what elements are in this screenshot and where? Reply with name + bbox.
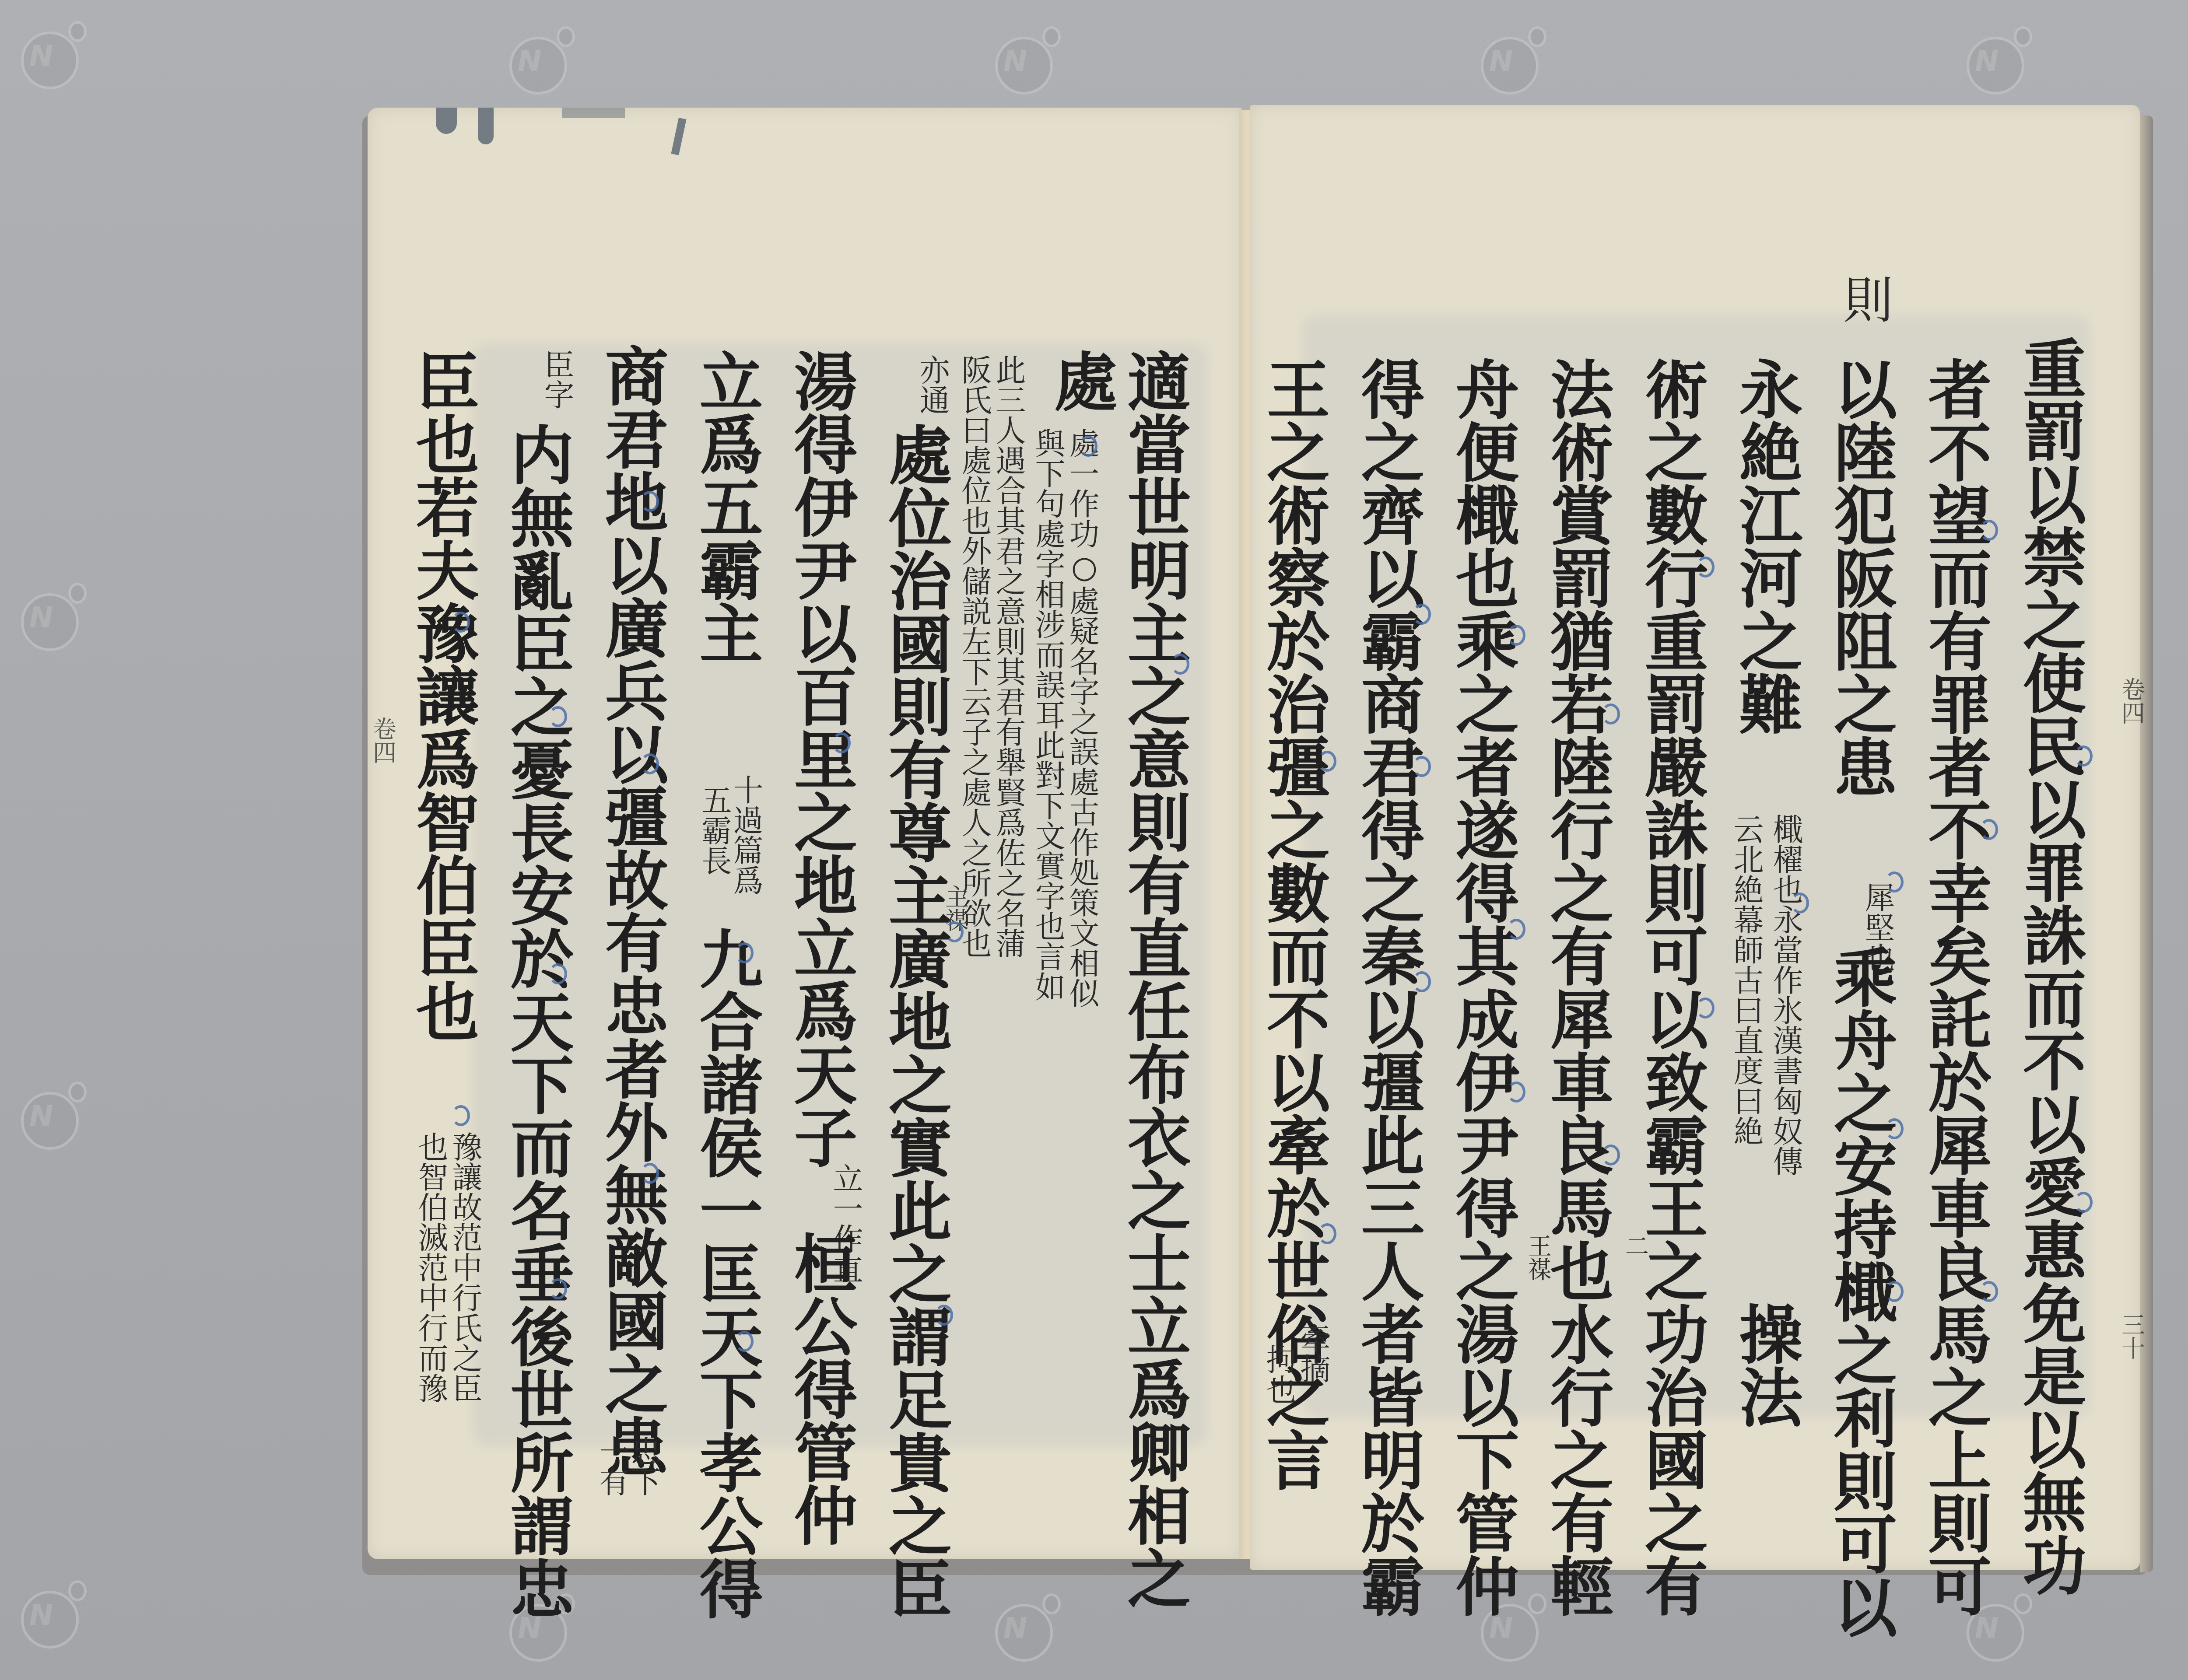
punctuation-mark — [1980, 1281, 1998, 1302]
text-column: 者不望而有罪者不幸矣託於犀車良馬之上則可 — [1917, 357, 1990, 1617]
watermark-logo: N — [11, 577, 89, 656]
annotation-column: 處一作功○處疑名字之誤處古作処策文相似 — [1066, 428, 1100, 1008]
annotation-column: 也智伯滅范中行而豫 — [415, 1131, 449, 1403]
punctuation-mark — [1602, 703, 1620, 724]
text-column: 得之齊以霸商君得之秦以彊此三人者皆明於霸 — [1350, 357, 1423, 1617]
watermark-logo: N — [985, 1588, 1063, 1667]
punctuation-mark — [935, 1305, 953, 1326]
punctuation-mark — [1413, 756, 1431, 777]
punctuation-mark — [1413, 971, 1431, 992]
punctuation-mark — [1507, 625, 1525, 646]
punctuation-mark — [1602, 1144, 1620, 1165]
punctuation-mark — [1079, 436, 1098, 457]
annotation-column: 豫讓故范中行氏之臣 — [449, 1131, 483, 1403]
text-column: 湯得伊尹以百里之地立爲天子 — [782, 349, 856, 1168]
punctuation-mark — [1413, 604, 1431, 625]
watermark-logo: N — [499, 21, 578, 100]
punctuation-mark — [735, 942, 754, 963]
watermark-logo: N — [1470, 21, 1549, 100]
annotation-column: 牽摘 — [1297, 1323, 1331, 1383]
text-column: 法術賞罰猶若陸行之有犀車良馬也水行之有輕 — [1539, 357, 1612, 1617]
punctuation-mark — [1318, 751, 1336, 772]
photo-stage: N N N N N N N N N N N N N N N N 適當世明主之意則… — [0, 0, 2188, 1680]
annotation-column: 臣字 — [541, 349, 575, 409]
punctuation-mark — [1791, 892, 1809, 913]
text-column: 重罰以禁之使民以罪誅而不以愛惠免是以無功 — [2011, 336, 2085, 1596]
left-page: 適當世明主之意則有直任布衣之士立爲卿相之 處 處一作功○處疑名字之誤處古作処策文… — [368, 108, 1242, 1559]
punctuation-mark — [1885, 1281, 1904, 1302]
interlinear-note: 王禖 — [1518, 1234, 1552, 1281]
punctuation-mark — [1885, 871, 1904, 892]
text-column: 内無亂臣之憂長安於天下而名垂後世所謂忠 — [499, 423, 572, 1620]
text-column: 立爲五霸主 — [688, 349, 761, 664]
text-column: 乘舟之安持檝之利則可以 — [1822, 945, 1896, 1638]
annotation-column: 此三人遇合其君之意則其君有舉賢爲佐之名蒲 — [992, 354, 1027, 958]
punctuation-mark — [1980, 819, 1998, 840]
margin-label: 三十 — [2114, 1312, 2148, 1360]
paper-tear — [562, 108, 625, 118]
punctuation-mark — [1885, 1118, 1904, 1139]
punctuation-mark — [1696, 997, 1715, 1018]
punctuation-mark — [641, 753, 659, 774]
annotation-column: 亦通 — [916, 354, 950, 415]
margin-label: 卷四 — [365, 717, 399, 764]
column-header-char: 則 — [1843, 262, 1893, 333]
punctuation-mark — [452, 1105, 470, 1126]
text-column: 以陸犯阪阻之患 — [1822, 357, 1896, 798]
text-column: 適當世明主之意則有直任布衣之士立爲卿相之 — [1116, 349, 1189, 1609]
annotation-column: 拘也 — [1263, 1344, 1297, 1404]
punctuation-mark — [2074, 1192, 2093, 1213]
punctuation-mark — [1171, 654, 1189, 675]
annotation-column: 五霸長 — [698, 785, 733, 875]
punctuation-mark — [549, 1278, 567, 1299]
punctuation-mark — [735, 1331, 754, 1352]
annotation-column: 檝櫂也永當作氷漢書匈奴傳 — [1770, 814, 1804, 1176]
text-column: 處位治國則有尊主廣地之實此之謂足貴之臣 — [877, 423, 950, 1620]
text-column: 術之數行重罰嚴誅則可以致霸王之功治國之有 — [1633, 357, 1707, 1617]
text-column: 臣也若夫豫讓爲智伯臣也 — [404, 349, 478, 1042]
text-column: 商君地以廣兵以彊故有忠者外無敵國之患 — [593, 344, 667, 1478]
paper-tear — [478, 108, 494, 144]
text-column: 桓公得管仲 — [782, 1231, 856, 1546]
punctuation-mark — [1507, 919, 1525, 940]
punctuation-mark — [452, 612, 470, 633]
punctuation-mark — [1318, 1223, 1336, 1244]
punctuation-mark — [1696, 556, 1715, 577]
annotation-column: 一有 — [596, 1436, 630, 1496]
punctuation-mark — [1507, 1081, 1525, 1102]
watermark-logo: N — [985, 21, 1063, 100]
watermark-logo: N — [11, 1575, 89, 1654]
punctuation-mark — [549, 963, 567, 984]
text-column: 處 — [1042, 349, 1116, 412]
punctuation-mark — [641, 491, 659, 512]
text-column: 九合諸侯一匡天下孝公得 — [688, 927, 761, 1620]
punctuation-mark — [549, 706, 567, 727]
watermark-logo: N — [11, 1076, 89, 1155]
watermark-logo: N — [1956, 21, 2035, 100]
right-page: 則 重罰以禁之使民以罪誅而不以愛惠免是以無功 者不望而有罪者不幸矣託於犀車良馬之… — [1250, 105, 2140, 1570]
paper-tear — [671, 118, 686, 155]
annotation-column: 阪氏曰處位也外儲説左下云子之處人之所欲也 — [958, 354, 992, 958]
paper-tear — [436, 108, 457, 134]
text-column: 永絶江河之難 — [1728, 357, 1801, 735]
punctuation-mark — [2074, 745, 2093, 766]
annotation-column: 與下句處字相涉而誤耳此對下文實字也言如 — [1032, 428, 1066, 1001]
punctuation-mark — [641, 1163, 659, 1184]
interlinear-note: 二 — [1615, 1234, 1649, 1257]
text-column: 操法 — [1728, 1302, 1801, 1428]
annotation-column: 云北絶幕師古曰直度曰絶 — [1730, 814, 1764, 1146]
text-column: 舟便檝也乘之者遂得其成伊尹得之湯以下管仲 — [1444, 357, 1518, 1617]
punctuation-mark — [1980, 520, 1998, 541]
margin-label: 卷四 — [2114, 677, 2148, 724]
punctuation-mark — [945, 921, 964, 942]
text-column: 王之術察於治彊之數而不以牽於世俗之言 — [1255, 357, 1329, 1491]
punctuation-mark — [832, 732, 851, 753]
watermark-logo: N — [11, 16, 89, 94]
